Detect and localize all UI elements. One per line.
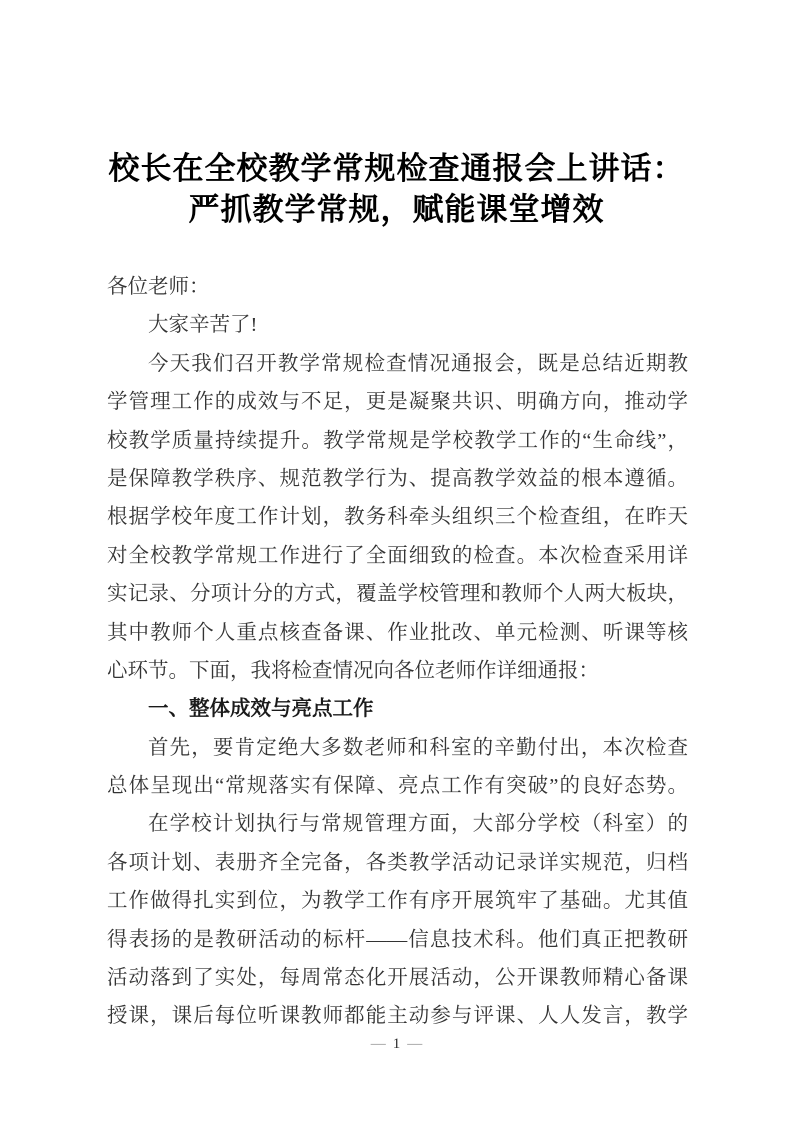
text-line: 得表扬的是教研活动的标杆——信息技术科。他们真正把教研 xyxy=(107,921,688,959)
text-line: 各位老师： xyxy=(107,268,688,306)
text-line: 校教学质量持续提升。教学常规是学校教学工作的“生命线”， xyxy=(107,422,688,460)
title-line-1: 校长在全校教学常规检查通报会上讲话： xyxy=(0,148,793,189)
text-line: 根据学校年度工作计划，教务科牵头组织三个检查组，在昨天 xyxy=(107,498,688,536)
text-line: 学管理工作的成效与不足，更是凝聚共识、明确方向，推动学 xyxy=(107,383,688,421)
title-line-2: 严抓教学常规，赋能课堂增效 xyxy=(0,189,793,230)
text-line: 心环节。下面，我将检查情况向各位老师作详细通报： xyxy=(107,652,688,690)
text-line: 首先，要肯定绝大多数老师和科室的辛勤付出，本次检查 xyxy=(107,729,688,767)
text-line: 授课，课后每位听课教师都能主动参与评课、人人发言，教学 xyxy=(107,997,688,1035)
text-line: 对全校教学常规工作进行了全面细致的检查。本次检查采用详 xyxy=(107,537,688,575)
page-number: 1 xyxy=(393,1034,401,1054)
text-line: 一、整体成效与亮点工作 xyxy=(107,690,688,728)
text-line: 其中教师个人重点核查备课、作业批改、单元检测、听课等核 xyxy=(107,614,688,652)
text-line: 工作做得扎实到位，为教学工作有序开展筑牢了基础。尤其值 xyxy=(107,882,688,920)
text-line: 各项计划、表册齐全完备，各类教学活动记录详实规范，归档 xyxy=(107,844,688,882)
text-line: 大家辛苦了! xyxy=(107,306,688,344)
text-line: 实记录、分项计分的方式，覆盖学校管理和教师个人两大板块， xyxy=(107,575,688,613)
text-line: 总体呈现出“常规落实有保障、亮点工作有突破”的良好态势。 xyxy=(107,767,688,805)
page-footer: —1— xyxy=(0,1034,793,1054)
document-page: 校长在全校教学常规检查通报会上讲话： 严抓教学常规，赋能课堂增效 各位老师：大家… xyxy=(0,0,793,1122)
text-line: 在学校计划执行与常规管理方面，大部分学校（科室）的 xyxy=(107,805,688,843)
document-body: 各位老师：大家辛苦了!今天我们召开教学常规检查情况通报会，既是总结近期教学管理工… xyxy=(107,268,688,1036)
text-line: 活动落到了实处，每周常态化开展活动，公开课教师精心备课 xyxy=(107,959,688,997)
text-line: 是保障教学秩序、规范教学行为、提高教学效益的根本遵循。 xyxy=(107,460,688,498)
footer-dash-right: — xyxy=(407,1036,422,1052)
footer-dash-left: — xyxy=(371,1036,386,1052)
text-line: 今天我们召开教学常规检查情况通报会，既是总结近期教 xyxy=(107,345,688,383)
document-title: 校长在全校教学常规检查通报会上讲话： 严抓教学常规，赋能课堂增效 xyxy=(0,148,793,230)
